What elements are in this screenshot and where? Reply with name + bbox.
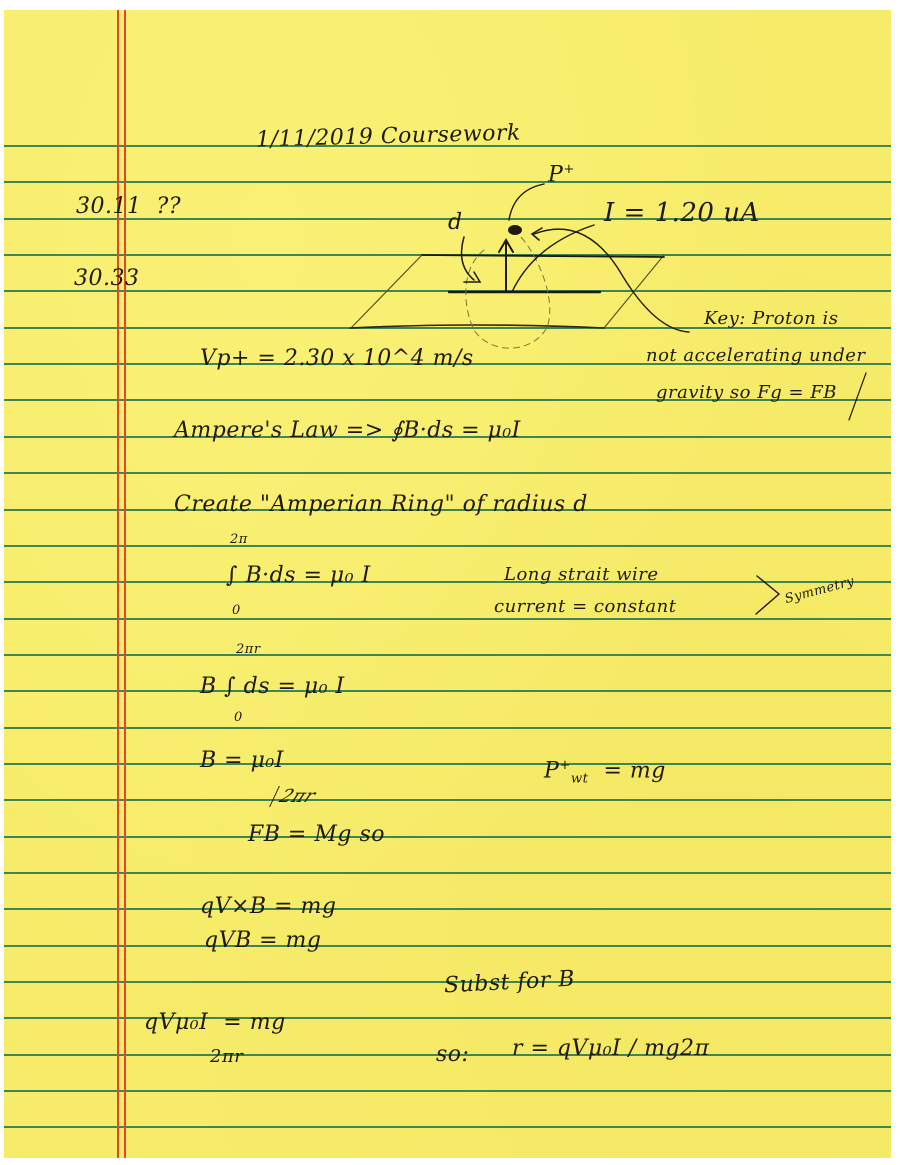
velocity-given: Vp+ = 2.30 x 10^4 m/s: [200, 346, 474, 371]
integral2-equation: B ∫ ds = μ₀ I: [200, 674, 345, 699]
lorentz-force-vector: qV×B = mg: [200, 894, 336, 919]
key-note-line-1: Key: Proton is: [704, 308, 839, 329]
symmetry-reason-2: current = constant: [494, 596, 676, 617]
notebook-page: 1/11/2019 Coursework 30.11 ?? 30.33: [4, 10, 891, 1158]
proton-weight: P+wt = mg: [544, 758, 666, 787]
key-note-line-3: gravity so Fg = FB: [656, 382, 837, 403]
integral2-lower-limit: 0: [234, 710, 243, 725]
b-field-numerator: B = μ₀I: [200, 748, 284, 773]
force-balance: FB = Mg so: [248, 822, 385, 847]
integral-lower-limit: 0: [232, 603, 241, 618]
result-prefix: so:: [436, 1042, 469, 1067]
integral-upper-limit: 2π: [230, 532, 248, 547]
integral2-upper-limit: 2πr: [236, 642, 261, 657]
symmetry-reason-1: Long strait wire: [504, 564, 659, 585]
final-result: r = qVμ₀I / mg2π: [512, 1036, 710, 1061]
substituted-denominator: 2πr: [210, 1046, 243, 1067]
integral-equation: ∫ B·ds = μ₀ I: [226, 563, 371, 588]
distance-label: d: [448, 210, 463, 235]
lorentz-force-scalar: qVB = mg: [204, 928, 322, 953]
amperes-law: Ampere's Law => ∮B·ds = μ₀I: [174, 418, 521, 443]
current-label: I = 1.20 uA: [604, 198, 760, 228]
amperian-ring-note: Create "Amperian Ring" of radius d: [174, 492, 588, 517]
proton-label: P+: [548, 162, 575, 187]
key-note-line-2: not accelerating under: [646, 345, 865, 366]
substituted-equation: qVμ₀I = mg: [144, 1010, 286, 1035]
